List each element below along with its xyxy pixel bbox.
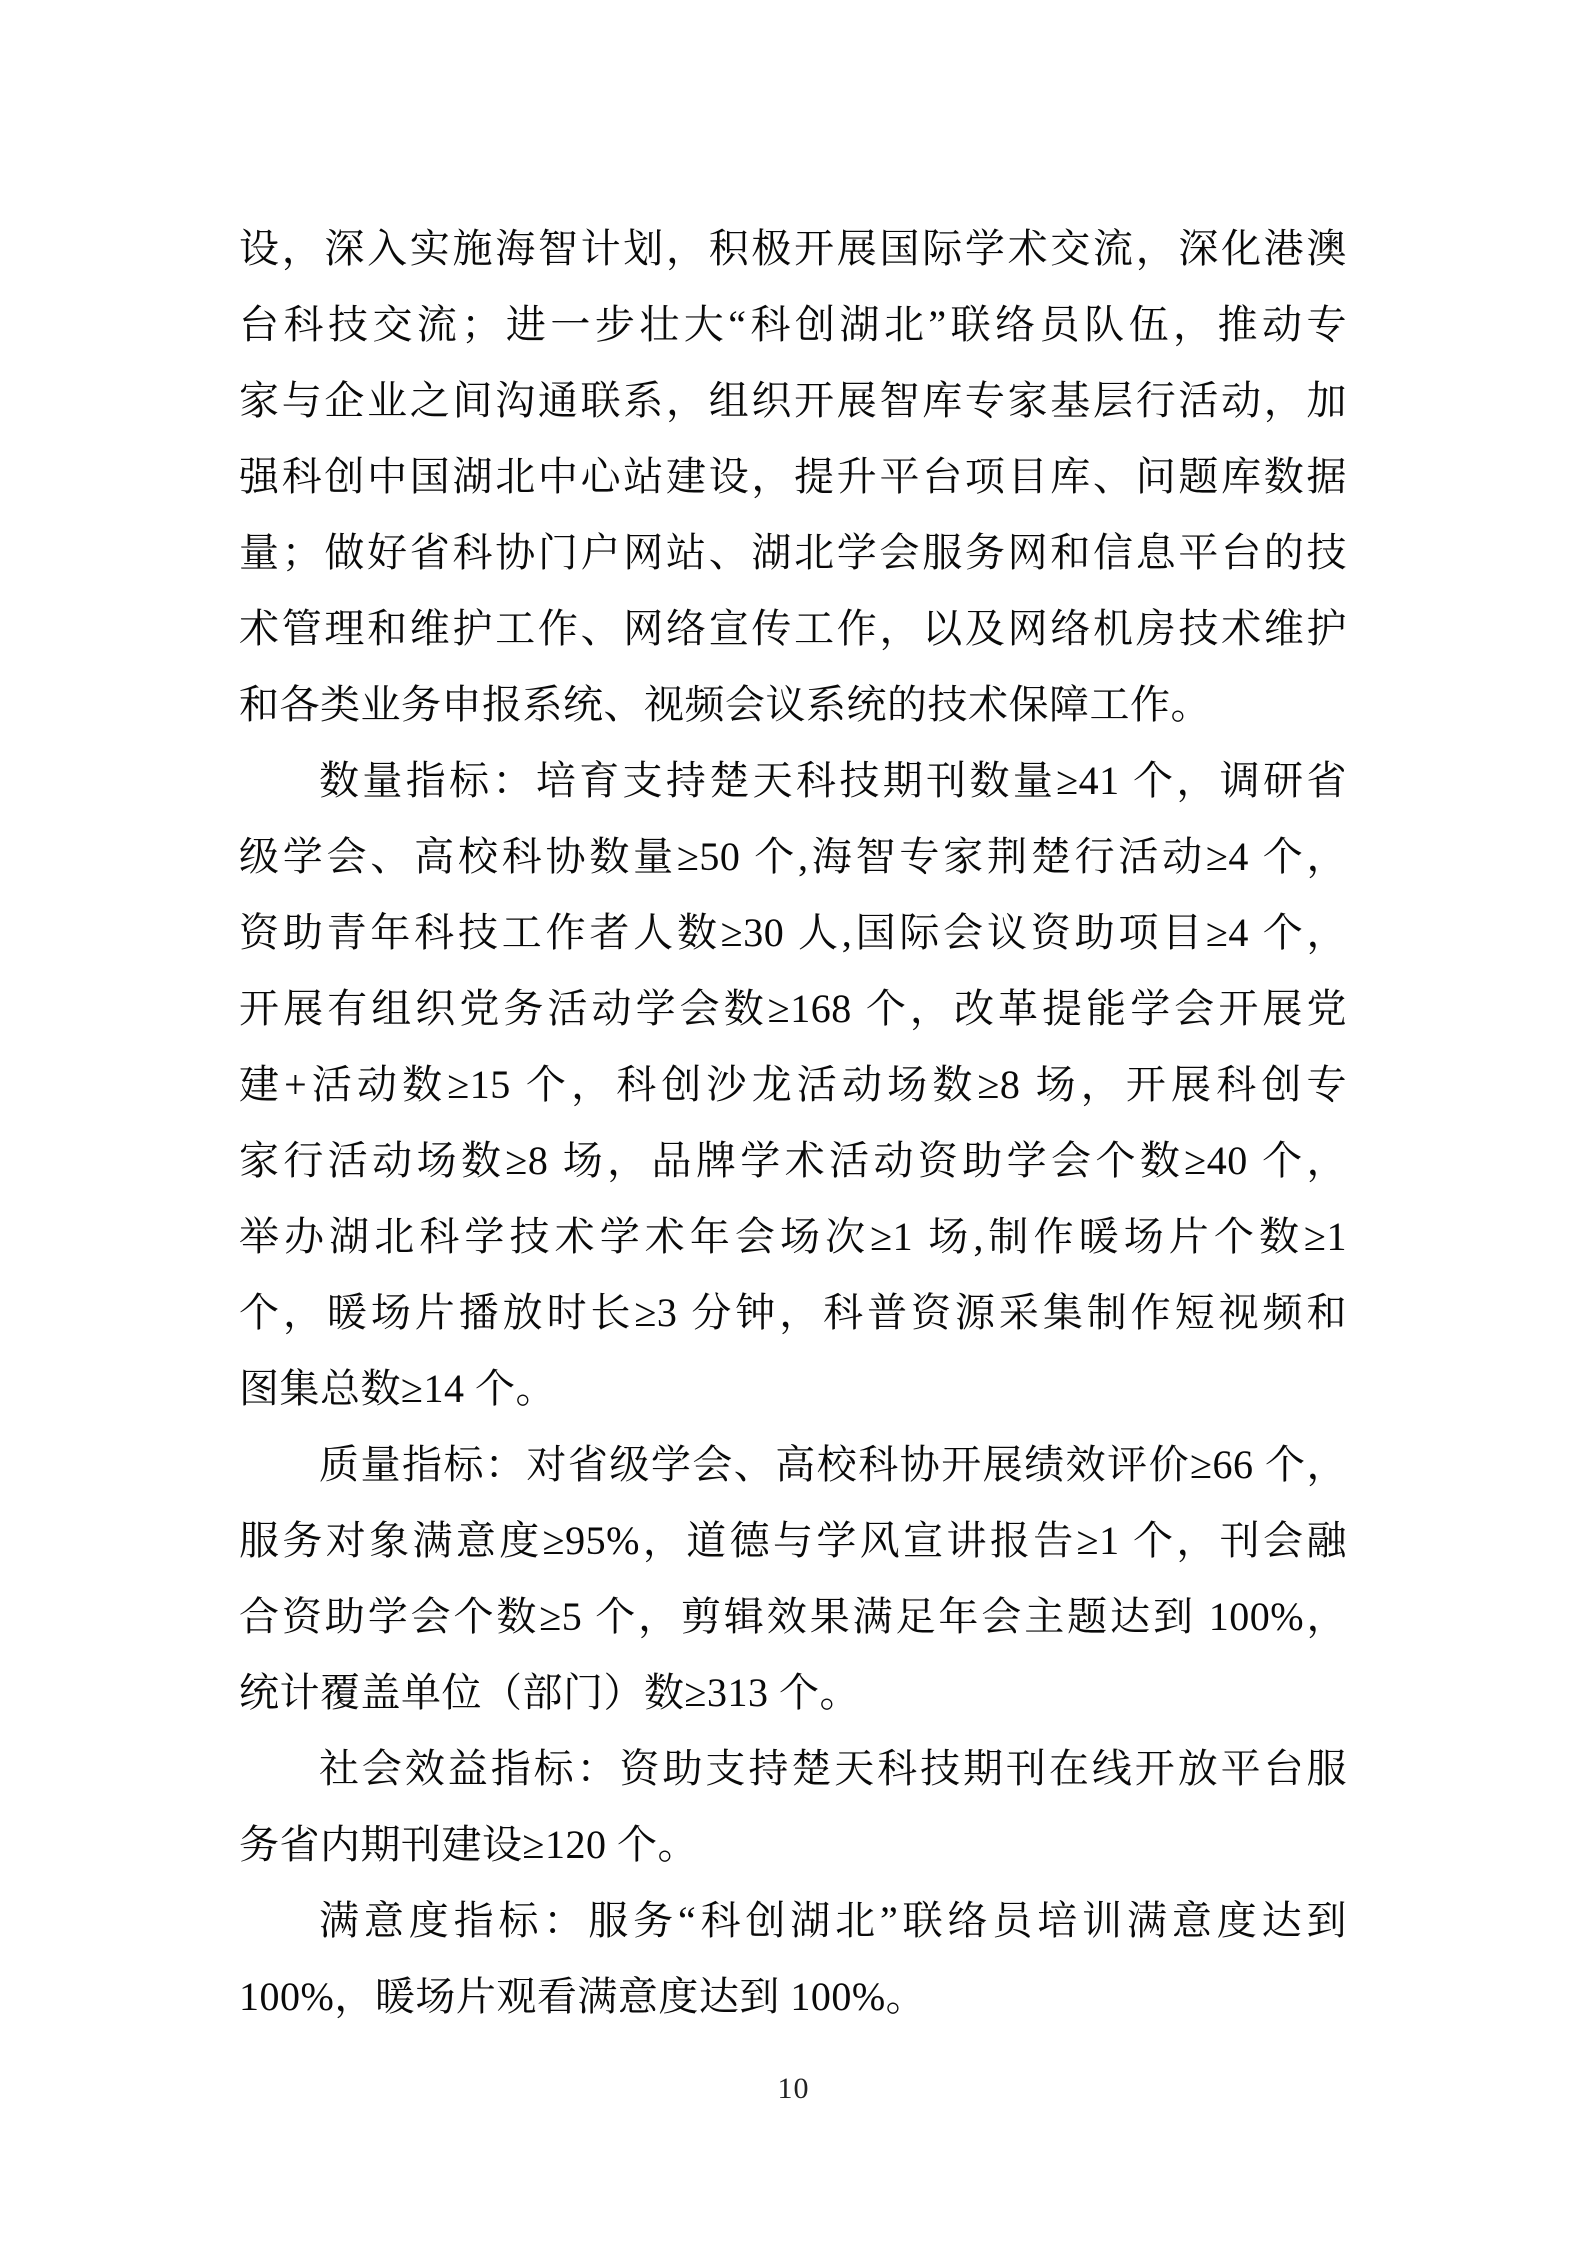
document-body: 设，深入实施海智计划，积极开展国际学术交流，深化港澳台科技交流；进一步壮大“科创…: [239, 211, 1347, 2035]
document-page: 设，深入实施海智计划，积极开展国际学术交流，深化港澳台科技交流；进一步壮大“科创…: [0, 0, 1587, 2245]
text-line: 建+活动数≥15 个，科创沙龙活动场数≥8 场，开展科创专: [239, 1047, 1347, 1123]
text-line: 强科创中国湖北中心站建设，提升平台项目库、问题库数据: [239, 439, 1347, 515]
text-line: 家与企业之间沟通联系，组织开展智库专家基层行活动，加: [239, 363, 1347, 439]
text-line: 合资助学会个数≥5 个，剪辑效果满足年会主题达到 100%，: [239, 1579, 1347, 1655]
text-line: 统计覆盖单位（部门）数≥313 个。: [239, 1655, 1347, 1731]
text-line: 级学会、高校科协数量≥50 个,海智专家荆楚行活动≥4 个，: [239, 819, 1347, 895]
text-line: 和各类业务申报系统、视频会议系统的技术保障工作。: [239, 667, 1347, 743]
text-line: 设，深入实施海智计划，积极开展国际学术交流，深化港澳: [239, 211, 1347, 287]
text-line: 服务对象满意度≥95%，道德与学风宣讲报告≥1 个，刊会融: [239, 1503, 1347, 1579]
text-line: 开展有组织党务活动学会数≥168 个，改革提能学会开展党: [239, 971, 1347, 1047]
text-line: 社会效益指标：资助支持楚天科技期刊在线开放平台服: [239, 1731, 1347, 1807]
text-line: 质量指标：对省级学会、高校科协开展绩效评价≥66 个，: [239, 1427, 1347, 1503]
text-line: 满意度指标：服务“科创湖北”联络员培训满意度达到: [239, 1883, 1347, 1959]
text-line: 举办湖北科学技术学术年会场次≥1 场,制作暖场片个数≥1: [239, 1199, 1347, 1275]
text-line: 务省内期刊建设≥120 个。: [239, 1807, 1347, 1883]
text-line: 100%，暖场片观看满意度达到 100%。: [239, 1959, 1347, 2035]
page-number: 10: [778, 2072, 810, 2105]
text-line: 台科技交流；进一步壮大“科创湖北”联络员队伍，推动专: [239, 287, 1347, 363]
text-line: 家行活动场数≥8 场，品牌学术活动资助学会个数≥40 个，: [239, 1123, 1347, 1199]
text-line: 图集总数≥14 个。: [239, 1351, 1347, 1427]
text-line: 量；做好省科协门户网站、湖北学会服务网和信息平台的技: [239, 515, 1347, 591]
text-line: 个，暖场片播放时长≥3 分钟，科普资源采集制作短视频和: [239, 1275, 1347, 1351]
text-line: 术管理和维护工作、网络宣传工作，以及网络机房技术维护: [239, 591, 1347, 667]
text-line: 数量指标：培育支持楚天科技期刊数量≥41 个，调研省: [239, 743, 1347, 819]
page-footer: 10: [0, 2072, 1587, 2106]
text-line: 资助青年科技工作者人数≥30 人,国际会议资助项目≥4 个，: [239, 895, 1347, 971]
